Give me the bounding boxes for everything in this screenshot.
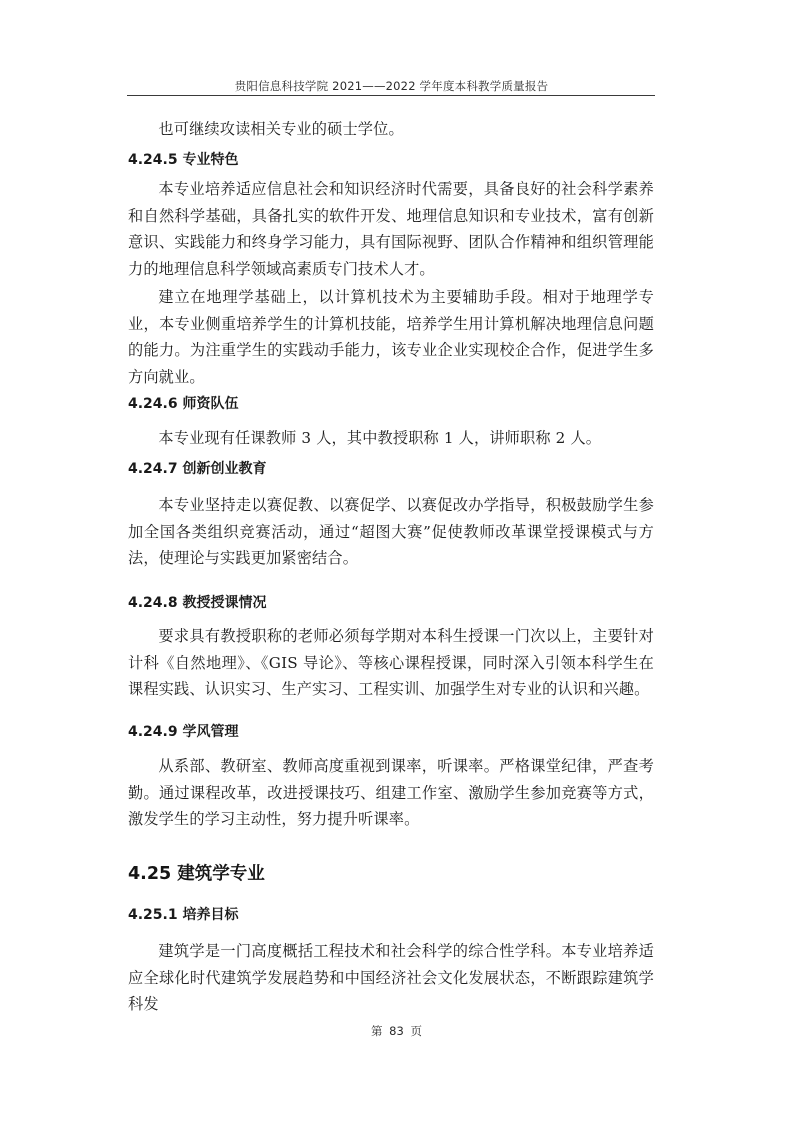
- paragraph-architecture-objectives: 建筑学是一门高度概括工程技术和社会科学的综合性学科。本专业培养适应全球化时代建筑…: [128, 938, 654, 1018]
- section-block: 本专业坚持走以赛促教、以赛促学、以赛促改办学指导，积极鼓励学生参加全国各类组织竞…: [128, 492, 654, 572]
- section-block: 4.25.1 培养目标: [128, 905, 654, 925]
- heading-4-24-6-faculty: 4.24.6 师资队伍: [128, 394, 654, 414]
- heading-4-24-5-specialty-features: 4.24.5 专业特色: [128, 150, 654, 170]
- section-block: 4.24.9 学风管理: [128, 722, 654, 742]
- paragraph-specialty-training: 本专业培养适应信息社会和知识经济时代需要，具备良好的社会科学素养和自然科学基础，…: [128, 176, 654, 282]
- section-block: 要求具有教授职称的老师必须每学期对本科生授课一门次以上，主要针对计科《自然地理》…: [128, 623, 654, 703]
- paragraph-faculty: 本专业现有任课教师 3 人，其中教授职称 1 人，讲师职称 2 人。: [128, 425, 654, 452]
- section-block: 4.24.8 教授授课情况: [128, 593, 654, 613]
- section-block: 从系部、教研室、教师高度重视到课率，听课率。严格课堂纪律，严查考勤。通过课程改革…: [128, 753, 654, 833]
- page-number: 第 83 页: [0, 1023, 793, 1039]
- section-block: 4.25 建筑学专业: [128, 862, 654, 886]
- section-block: 也可继续攻读相关专业的硕士学位。: [128, 116, 654, 143]
- paragraph-continuation: 也可继续攻读相关专业的硕士学位。: [128, 116, 654, 143]
- paragraph-professor-teaching: 要求具有教授职称的老师必须每学期对本科生授课一门次以上，主要针对计科《自然地理》…: [128, 623, 654, 703]
- paragraph-specialty-computing: 建立在地理学基础上，以计算机技术为主要辅助手段。相对于地理学专业，本专业侧重培养…: [128, 284, 654, 390]
- section-block: 本专业培养适应信息社会和知识经济时代需要，具备良好的社会科学素养和自然科学基础，…: [128, 176, 654, 282]
- section-block: 建立在地理学基础上，以计算机技术为主要辅助手段。相对于地理学专业，本专业侧重培养…: [128, 284, 654, 390]
- section-block: 4.24.6 师资队伍: [128, 394, 654, 414]
- header-divider: [127, 95, 655, 96]
- section-block: 4.24.5 专业特色: [128, 150, 654, 170]
- heading-4-25-architecture-major: 4.25 建筑学专业: [128, 862, 654, 886]
- section-block: 建筑学是一门高度概括工程技术和社会科学的综合性学科。本专业培养适应全球化时代建筑…: [128, 938, 654, 1018]
- section-block: 4.24.7 创新创业教育: [128, 459, 654, 479]
- heading-4-24-7-innovation-education: 4.24.7 创新创业教育: [128, 459, 654, 479]
- page-header: 贵阳信息科技学院 2021——2022 学年度本科教学质量报告: [128, 78, 655, 94]
- heading-4-25-1-training-objectives: 4.25.1 培养目标: [128, 905, 654, 925]
- paragraph-innovation: 本专业坚持走以赛促教、以赛促学、以赛促改办学指导，积极鼓励学生参加全国各类组织竞…: [128, 492, 654, 572]
- heading-4-24-9-study-management: 4.24.9 学风管理: [128, 722, 654, 742]
- paragraph-study-management: 从系部、教研室、教师高度重视到课率，听课率。严格课堂纪律，严查考勤。通过课程改革…: [128, 753, 654, 833]
- section-block: 本专业现有任课教师 3 人，其中教授职称 1 人，讲师职称 2 人。: [128, 425, 654, 452]
- heading-4-24-8-professor-teaching: 4.24.8 教授授课情况: [128, 593, 654, 613]
